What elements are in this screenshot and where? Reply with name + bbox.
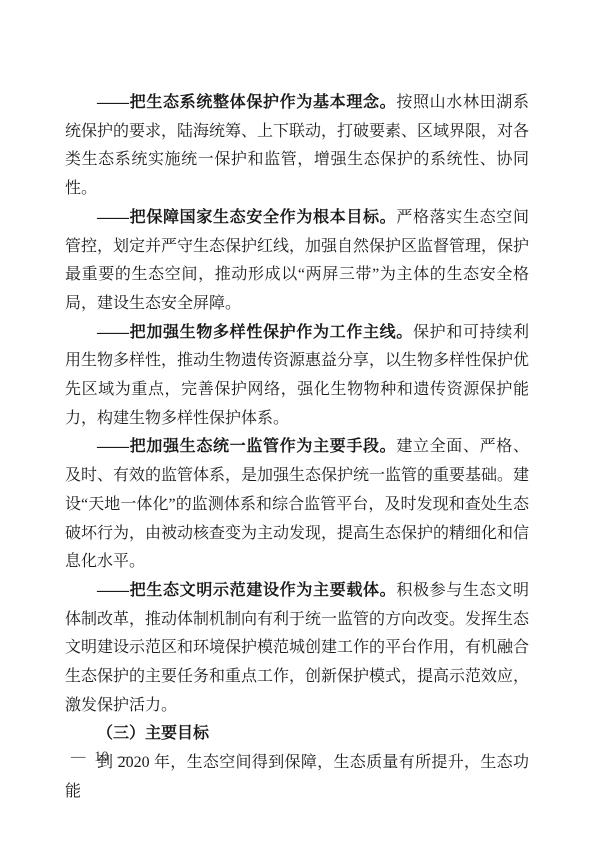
document-body: ——把生态系统整体保护作为基本理念。按照山水林田湖系统保护的要求，陆海统筹、上下…: [65, 89, 529, 807]
page-number: — 10 —: [71, 750, 132, 765]
document-page: ——把生态系统整体保护作为基本理念。按照山水林田湖系统保护的要求，陆海统筹、上下…: [0, 0, 596, 842]
paragraph-demonstration-carrier: ——把生态文明示范建设作为主要载体。积极参与生态文明体制改革，推动体制机制向有利…: [65, 577, 529, 721]
paragraph-biodiversity-mainline: ——把加强生物多样性保护作为工作主线。保护和可持续利用生物多样性，推动生物遗传资…: [65, 319, 529, 434]
paragraph-security-goal: ——把保障国家生态安全作为根本目标。严格落实生态空间管控，划定并严守生态保护红线…: [65, 204, 529, 319]
paragraph-lead: ——把保障国家生态安全作为根本目标。: [97, 209, 396, 226]
paragraph-guiding-concept: ——把生态系统整体保护作为基本理念。按照山水林田湖系统保护的要求，陆海统筹、上下…: [65, 89, 529, 204]
paragraph-lead: ——把加强生物多样性保护作为工作主线。: [97, 324, 413, 341]
paragraph-text: 积极参与生态文明体制改革，推动体制机制向有利于统一监管的方向改变。发挥生态文明建…: [65, 582, 529, 714]
paragraph-unified-supervision: ——把加强生态统一监管作为主要手段。建立全面、严格、及时、有效的监管体系，是加强…: [65, 433, 529, 577]
section-heading-main-targets: （三）主要目标: [65, 720, 529, 749]
paragraph-lead: ——把生态系统整体保护作为基本理念。: [97, 94, 396, 111]
paragraph-text: 建立全面、严格、及时、有效的监管体系，是加强生态保护统一监管的重要基础。建设“天…: [65, 438, 529, 570]
paragraph-lead: ——把加强生态统一监管作为主要手段。: [97, 438, 396, 455]
paragraph-targets-2020: 到 2020 年，生态空间得到保障，生态质量有所提升，生态功能: [65, 749, 529, 806]
paragraph-lead: ——把生态文明示范建设作为主要载体。: [97, 582, 396, 599]
